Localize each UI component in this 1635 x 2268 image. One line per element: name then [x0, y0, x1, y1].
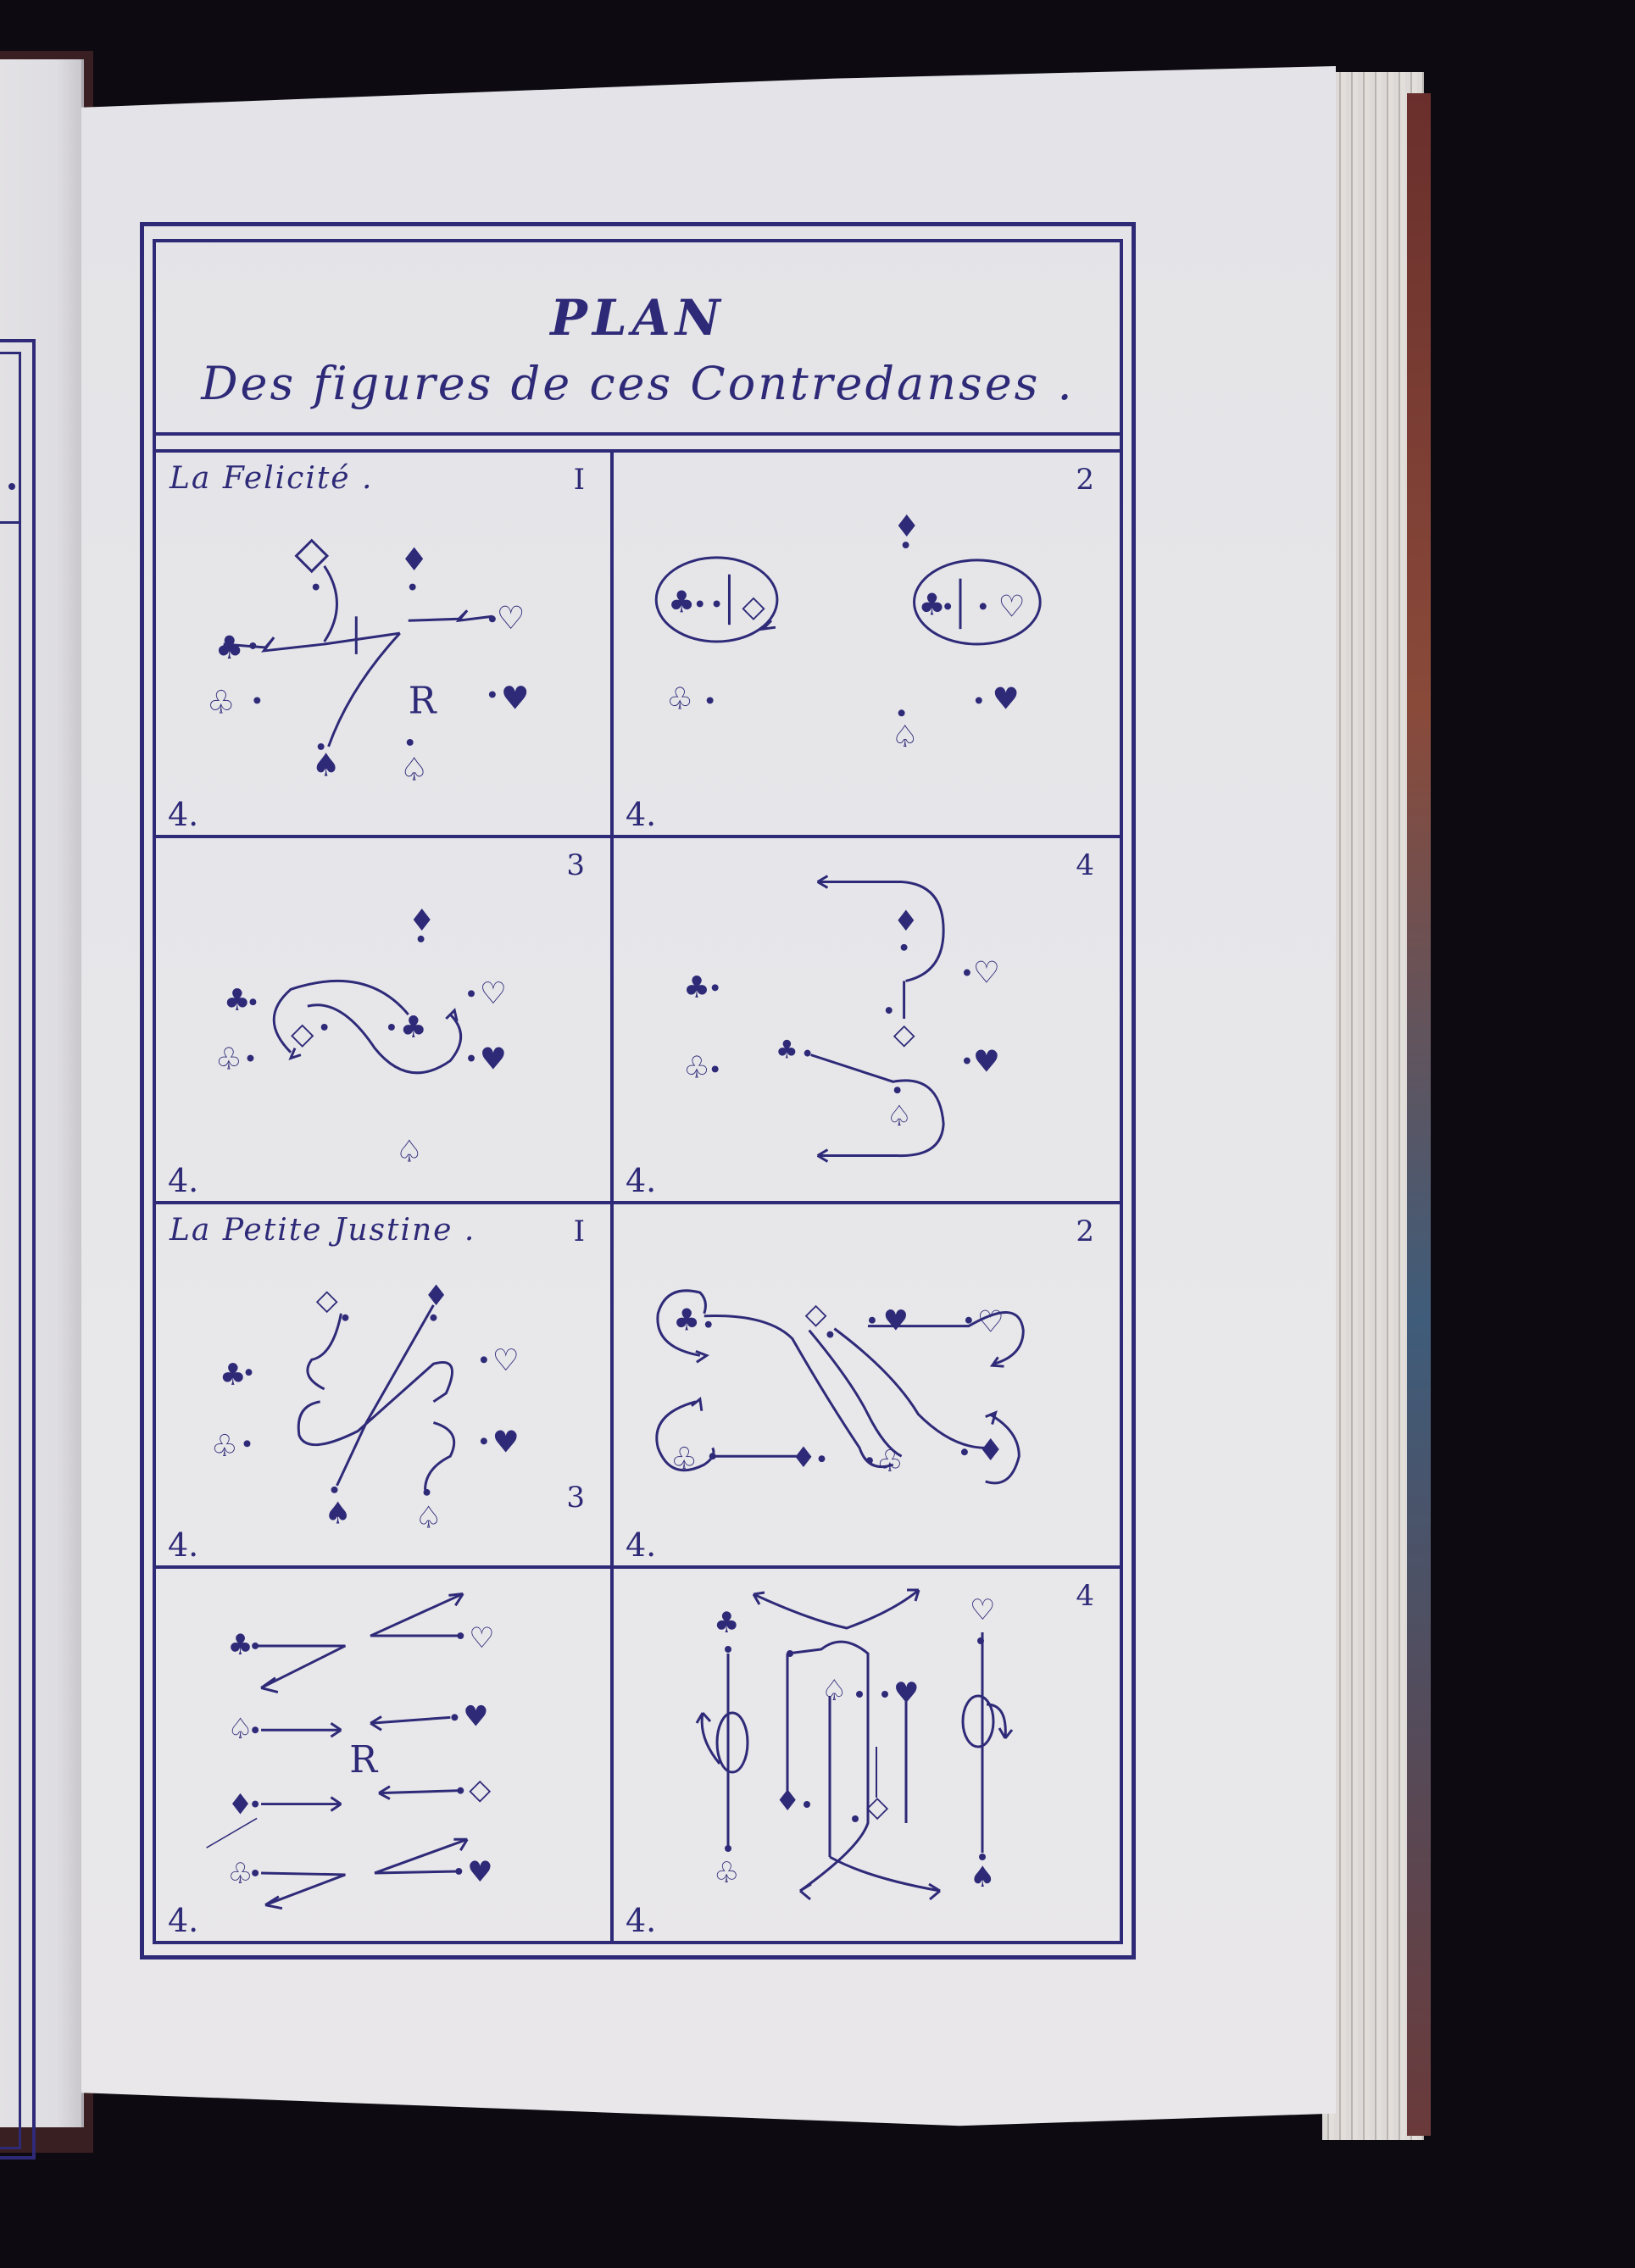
figure-cell: La Petite Justine . I 3 ◇ ♦	[156, 1204, 614, 1569]
open-book: PLAN Des figures de ces Contredanses . L…	[0, 0, 1635, 2268]
heart-filled-icon: ♥	[492, 1425, 520, 1459]
spade-filled-icon: ♠	[325, 1496, 352, 1531]
dancer-count: 4.	[168, 796, 198, 833]
justine-3-diagram: ♣ ♡ ♤ ♥ R ♦ ◇ ♧	[156, 1569, 610, 1941]
diamond-filled-icon: ♦	[227, 1787, 253, 1821]
club-outline-icon: ♧	[666, 681, 693, 716]
heart-filled-icon: ♥	[467, 1855, 492, 1888]
diamond-filled-icon: ♦	[893, 904, 919, 937]
felicite-4-diagram: ♦ ♣ ♡ ◇ ♣ ♧ ♥	[614, 838, 1120, 1201]
heart-filled-icon: ♥	[480, 1042, 507, 1076]
felicite-2-diagram: ♦ ♣ ◇ ♣ ♡ ♧ ♥	[614, 453, 1120, 835]
diamond-filled-icon: ♦	[893, 509, 920, 544]
heart-outline-icon: ♡	[469, 1621, 494, 1654]
heart-outline-icon: ♡	[970, 1593, 995, 1627]
justine-2-diagram: ♣ ◇ ♥ ♡ ♧ ♦ ♧	[614, 1204, 1120, 1565]
heart-filled-icon: ♥	[463, 1699, 488, 1732]
spade-filled-icon: ♠	[312, 747, 341, 784]
spade-outline-icon: ♤	[227, 1712, 253, 1745]
spade-filled-icon: ♠	[970, 1860, 995, 1894]
club-filled-icon: ♣	[215, 629, 244, 666]
heart-filled-icon: ♥	[501, 679, 530, 716]
club-filled-icon: ♣	[224, 983, 251, 1018]
club-filled-icon: ♣	[776, 1036, 798, 1065]
club-outline-icon: ♧	[714, 1856, 739, 1890]
spade-outline-icon: ♤	[396, 1134, 423, 1169]
plate-subtitle: Des figures de ces Contredanses .	[156, 357, 1120, 410]
spade-outline-icon: ♤	[415, 1500, 442, 1535]
dancer-count: 4.	[168, 1526, 198, 1564]
figure-cell: 4 ♦ ♣ ♡	[614, 838, 1120, 1204]
club-filled-icon: ♣	[400, 1010, 427, 1045]
diamond-filled-icon: ♦	[424, 1279, 449, 1312]
club-filled-icon: ♣	[673, 1304, 700, 1338]
diamond-filled-icon: ♦	[977, 1433, 1004, 1468]
figure-cell: 2	[614, 1204, 1120, 1569]
club-outline-icon: ♧	[683, 1050, 710, 1085]
diamond-outline-icon: ◇	[291, 1017, 314, 1052]
diamond-filled-icon: ♦	[409, 903, 436, 938]
club-filled-icon: ♣	[220, 1358, 247, 1392]
club-outline-icon: ♧	[211, 1429, 238, 1464]
heart-outline-icon: ♡	[497, 599, 526, 636]
club-outline-icon: ♧	[207, 683, 236, 720]
felicite-3-diagram: ♦ ♣ ♡ ◇ ♣ ♧ ♥ ♤	[156, 838, 610, 1201]
dancer-count: 4.	[626, 1902, 656, 1939]
club-outline-icon: ♧	[215, 1042, 242, 1076]
diamond-outline-icon: ◇	[805, 1298, 827, 1331]
figure-diagram: ♣ ♡ ♤ ♥ R ♦ ◇ ♧	[156, 1569, 610, 1941]
felicite-1-diagram: ♣ ♦ ♡ R ♧ ♥ ♠	[156, 453, 610, 835]
plate-title: PLAN	[156, 289, 1120, 347]
left-page-rule	[0, 521, 19, 524]
diamond-filled-icon: ♦	[775, 1784, 800, 1818]
heart-filled-icon: ♥	[973, 1044, 1000, 1079]
justine-4-diagram: ♣ ♡ ♤ ♥ ♦ ◇ ♧	[614, 1569, 1120, 1941]
diamond-outline-icon: ◇	[316, 1283, 338, 1316]
club-outline-icon: ♧	[670, 1442, 698, 1476]
r-mark: R	[349, 1738, 378, 1782]
club-filled-icon: ♣	[683, 970, 710, 1005]
r-mark: R	[409, 680, 437, 722]
diamond-filled-icon: ♦	[791, 1441, 816, 1474]
figure-diagram: ♦ ♣ ♡ ◇ ♣ ♧ ♥ ♤	[156, 838, 610, 1201]
spade-outline-icon: ♤	[887, 1099, 912, 1132]
figure-grid: La Felicité . I ♣	[156, 453, 1120, 1941]
diamond-outline-icon: ◇	[469, 1773, 491, 1806]
club-filled-icon: ♣	[918, 587, 945, 622]
figure-cell: 4	[614, 1569, 1120, 1941]
book-binding-edge	[1407, 93, 1431, 2136]
left-page-frame-inner	[0, 352, 21, 2149]
justine-1-diagram: ◇ ♦ ♣ ♡ ♧ ♥ ♠	[156, 1204, 610, 1565]
diamond-outline-icon: ◇	[893, 1018, 915, 1051]
figure-cell: La Felicité . I ♣	[156, 453, 614, 838]
club-outline-icon: ♧	[876, 1444, 904, 1479]
heart-outline-icon: ♡	[492, 1343, 520, 1378]
plate-title-block: PLAN Des figures de ces Contredanses .	[156, 242, 1120, 437]
diamond-filled-icon: ♦	[400, 541, 429, 578]
dancer-count: 4.	[168, 1902, 198, 1939]
figure-diagram: ♣ ◇ ♥ ♡ ♧ ♦ ♧	[614, 1204, 1120, 1565]
spade-outline-icon: ♤	[892, 720, 919, 754]
figure-diagram: ♣ ♡ ♤ ♥ ♦ ◇ ♧	[614, 1569, 1120, 1941]
heart-outline-icon: ♡	[973, 955, 1000, 990]
heart-filled-icon: ♥	[883, 1304, 909, 1337]
heart-outline-icon: ♡	[977, 1305, 1004, 1340]
spade-outline-icon: ♤	[400, 751, 429, 788]
dancer-count: 4.	[626, 796, 656, 833]
figure-cell: ♣ ♡ ♤ ♥ R ♦ ◇ ♧	[156, 1569, 614, 1941]
title-rule	[156, 432, 1120, 436]
dancer-count: 4.	[626, 1526, 656, 1564]
heart-filled-icon: ♥	[993, 681, 1020, 716]
figure-diagram: ♦ ♣ ◇ ♣ ♡ ♧ ♥	[614, 453, 1120, 835]
dancer-count: 4.	[168, 1162, 198, 1199]
club-outline-icon: ♧	[227, 1857, 253, 1890]
club-filled-icon: ♣	[714, 1606, 739, 1640]
club-filled-icon: ♣	[227, 1628, 253, 1661]
spade-outline-icon: ♤	[821, 1674, 847, 1708]
diamond-outline-icon: ◇	[742, 589, 765, 624]
figure-diagram: ♣ ♦ ♡ R ♧ ♥ ♠	[156, 453, 610, 835]
figure-cell: 3 ♦ ♣ ♡ ◇	[156, 838, 614, 1204]
club-filled-icon: ♣	[668, 585, 695, 620]
diamond-outline-icon	[297, 541, 327, 571]
left-page	[0, 59, 84, 2127]
left-page-mark	[8, 483, 15, 490]
diamond-outline-icon: ◇	[866, 1790, 889, 1824]
dancer-count: 4.	[626, 1162, 656, 1199]
heart-outline-icon: ♡	[480, 976, 507, 1011]
figure-diagram: ◇ ♦ ♣ ♡ ♧ ♥ ♠	[156, 1204, 610, 1565]
heart-filled-icon: ♥	[893, 1676, 919, 1710]
figure-cell: 2 ♦ ♣ ◇	[614, 453, 1120, 838]
heart-outline-icon: ♡	[998, 589, 1026, 624]
figure-diagram: ♦ ♣ ♡ ◇ ♣ ♧ ♥	[614, 838, 1120, 1201]
